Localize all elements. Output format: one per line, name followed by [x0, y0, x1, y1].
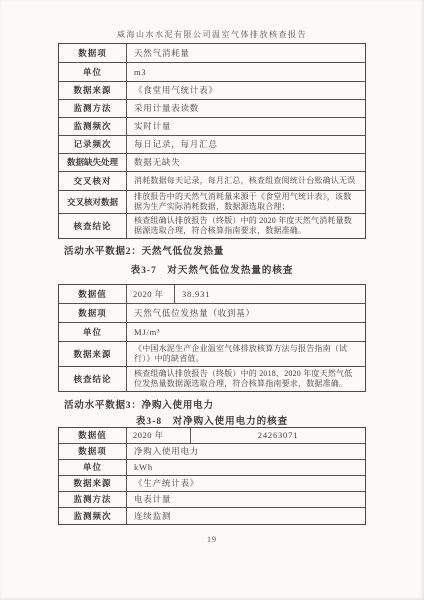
row-value: 消耗数据每天记录，每月汇总，核查组查阅统计台账确认无误	[127, 172, 365, 190]
table-row: 监测方法 采用计量表读数	[59, 100, 365, 118]
table-row-data-value: 数据值 2020 年 24263071	[59, 428, 365, 444]
row-label: 单位	[59, 460, 127, 475]
row-label: 数据来源	[59, 476, 127, 491]
row-label: 核查结论	[59, 214, 127, 238]
table-row: 核查结论 核查组确认排放报告（终版）中的 2020 年度天然气消耗量数据源选取合…	[59, 214, 365, 238]
table-gas-calorific-value: 数据值 2020 年 38.931 数据项 天然气低位发热量（收到基） 单位 M…	[58, 284, 366, 392]
row-value: 核查组确认排放报告（终版）中的 2020 年度天然气消耗量数据源选取合理，符合核…	[127, 214, 365, 238]
row-label: 数据值	[59, 428, 127, 443]
row-value: m3	[127, 63, 365, 81]
row-label: 数据项	[59, 44, 127, 62]
table-row: 监测频次 连续监测	[59, 508, 365, 524]
row-label: 记录频次	[59, 136, 127, 153]
row-value: 核查组确认排放报告（终版）中的 2018、2020 年度天然气低位发热量数据源选…	[127, 367, 365, 391]
data-year: 2020 年	[127, 428, 191, 443]
table-row: 交叉核对数据 排放报告中的天然气消耗量来源于《食堂用气统计表》，该数据为生产实际…	[59, 191, 365, 214]
row-value: 数据无缺失	[127, 154, 365, 171]
row-label: 监测方法	[59, 100, 127, 117]
table-row: 数据来源 《食堂用气统计表》	[59, 82, 365, 100]
section-heading-activity-data-3: 活动水平数据3：净购入使用电力	[64, 397, 214, 411]
table-3-7-title: 表3-7 对天然气低位发热量的核查	[0, 262, 424, 276]
row-label: 单位	[59, 323, 127, 341]
data-value: 38.931	[175, 285, 365, 303]
document-header-title: 威海山水水泥有限公司温室气体排放核查报告	[0, 29, 424, 40]
table-row: 数据来源 《中国水泥生产企业温室气体排放核算方法与报告指南（试行）》中的缺省值。	[59, 342, 365, 367]
row-value: 排放报告中的天然气消耗量来源于《食堂用气统计表》，该数据为生产实际消耗数据，数据…	[127, 191, 365, 213]
row-label: 交叉核对数据	[59, 191, 127, 213]
table-row: 单位 m3	[59, 63, 365, 82]
row-label: 交叉核对	[59, 172, 127, 190]
table-row: 监测方法 电表计量	[59, 492, 365, 508]
row-value: MJ/m³	[127, 323, 365, 341]
table-row: 数据项 天然气低位发热量（收到基）	[59, 304, 365, 323]
section-heading-activity-data-2: 活动水平数据2：天然气低位发热量	[64, 243, 224, 257]
row-label: 数据来源	[59, 342, 127, 366]
table-row: 单位 kWh	[59, 460, 365, 476]
row-value: 实时计量	[127, 118, 365, 135]
row-label: 数据来源	[59, 82, 127, 99]
data-value: 24263071	[191, 428, 365, 443]
row-label: 单位	[59, 63, 127, 81]
table-row: 核查结论 核查组确认排放报告（终版）中的 2018、2020 年度天然气低位发热…	[59, 367, 365, 391]
table-3-8-title: 表3-8 对净购入使用电力的核查	[0, 413, 424, 427]
row-value: 天然气消耗量	[127, 44, 365, 62]
document-page: 威海山水水泥有限公司温室气体排放核查报告 数据项 天然气消耗量 单位 m3 数据…	[0, 0, 424, 600]
row-value: 净购入使用电力	[127, 444, 365, 459]
table-row: 单位 MJ/m³	[59, 323, 365, 342]
row-value: 每日记录，每月汇总	[127, 136, 365, 153]
table-row: 数据项 净购入使用电力	[59, 444, 365, 460]
row-value: 《生产统计表》	[127, 476, 365, 491]
table-net-purchased-electricity: 数据值 2020 年 24263071 数据项 净购入使用电力 单位 kWh 数…	[58, 427, 366, 525]
table-row: 数据项 天然气消耗量	[59, 44, 365, 63]
row-value: 《食堂用气统计表》	[127, 82, 365, 99]
row-value: 《中国水泥生产企业温室气体排放核算方法与报告指南（试行）》中的缺省值。	[127, 342, 365, 366]
data-year: 2020 年	[127, 285, 175, 303]
table-row: 数据来源 《生产统计表》	[59, 476, 365, 492]
page-number: 19	[0, 535, 424, 544]
row-label: 数据项	[59, 304, 127, 322]
row-label: 数据项	[59, 444, 127, 459]
row-value: 采用计量表读数	[127, 100, 365, 117]
row-value: kWh	[127, 460, 365, 475]
table-natural-gas-consumption: 数据项 天然气消耗量 单位 m3 数据来源 《食堂用气统计表》 监测方法 采用计…	[58, 43, 366, 239]
row-value: 连续监测	[127, 508, 365, 524]
row-label: 数据值	[59, 285, 127, 303]
row-value: 天然气低位发热量（收到基）	[127, 304, 365, 322]
row-value: 电表计量	[127, 492, 365, 507]
table-row: 数据缺失处理 数据无缺失	[59, 154, 365, 172]
table-row: 交叉核对 消耗数据每天记录，每月汇总，核查组查阅统计台账确认无误	[59, 172, 365, 191]
table-row-data-value: 数据值 2020 年 38.931	[59, 285, 365, 304]
table-row: 记录频次 每日记录，每月汇总	[59, 136, 365, 154]
row-label: 监测频次	[59, 118, 127, 135]
row-label: 核查结论	[59, 367, 127, 391]
row-label: 监测频次	[59, 508, 127, 524]
row-label: 数据缺失处理	[59, 154, 127, 171]
row-label: 监测方法	[59, 492, 127, 507]
table-row: 监测频次 实时计量	[59, 118, 365, 136]
